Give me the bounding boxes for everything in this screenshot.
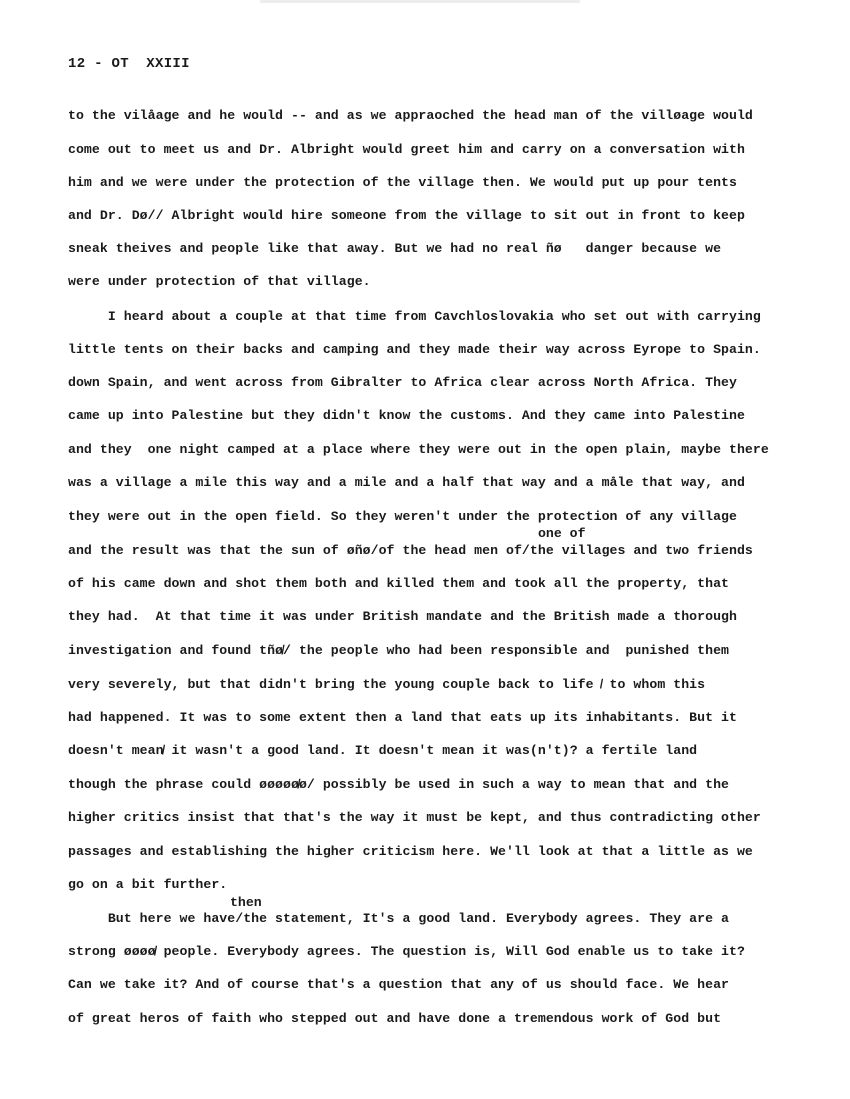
text-line: they were out in the open field. So they… <box>68 509 737 525</box>
page-header: 12 - OT XXIII <box>68 56 190 72</box>
typewritten-page: 12 - OT XXIII to the vilåage and he woul… <box>0 0 850 1099</box>
text-line: and the result was that the sun of øñø/o… <box>68 543 753 559</box>
text-line: of great heros of faith who stepped out … <box>68 1011 721 1027</box>
text-line: down Spain, and went across from Gibralt… <box>68 375 737 391</box>
text-line: passages and establishing the higher cri… <box>68 844 753 860</box>
text-line: they had. At that time it was under Brit… <box>68 609 737 625</box>
bleed-through-mark <box>260 0 580 3</box>
interlinear-insertion: then <box>230 896 262 910</box>
text-line: to the vilåage and he would -- and as we… <box>68 108 753 124</box>
text-line: strong øøøø̸ people. Everybody agrees. T… <box>68 944 745 960</box>
text-line: I heard about a couple at that time from… <box>68 309 761 325</box>
text-line: doesn't mean̸ it wasn't a good land. It … <box>68 743 697 759</box>
text-line: him and we were under the protection of … <box>68 175 737 191</box>
text-line: go on a bit further. <box>68 877 227 893</box>
text-line: and Dr. Dø// Albright would hire someone… <box>68 208 745 224</box>
text-line: though the phrase could øøøøø̸ø/ possibl… <box>68 777 729 793</box>
text-line: came up into Palestine but they didn't k… <box>68 408 745 424</box>
text-line: investigation and found tñø̸/ the people… <box>68 643 729 659</box>
text-line: was a village a mile this way and a mile… <box>68 475 745 491</box>
text-line: higher critics insist that that's the wa… <box>68 810 761 826</box>
text-line: little tents on their backs and camping … <box>68 342 761 358</box>
text-line: were under protection of that village. <box>68 274 371 290</box>
text-line: But here we have/the statement, It's a g… <box>68 911 729 927</box>
text-line: very severely, but that didn't bring the… <box>68 677 705 693</box>
text-line: and they one night camped at a place whe… <box>68 442 769 458</box>
text-line: had happened. It was to some extent then… <box>68 710 737 726</box>
text-line: Can we take it? And of course that's a q… <box>68 977 729 993</box>
interlinear-insertion: one of <box>538 527 585 541</box>
text-line: come out to meet us and Dr. Albright wou… <box>68 142 745 158</box>
text-line: sneak theives and people like that away.… <box>68 241 721 257</box>
text-line: of his came down and shot them both and … <box>68 576 729 592</box>
